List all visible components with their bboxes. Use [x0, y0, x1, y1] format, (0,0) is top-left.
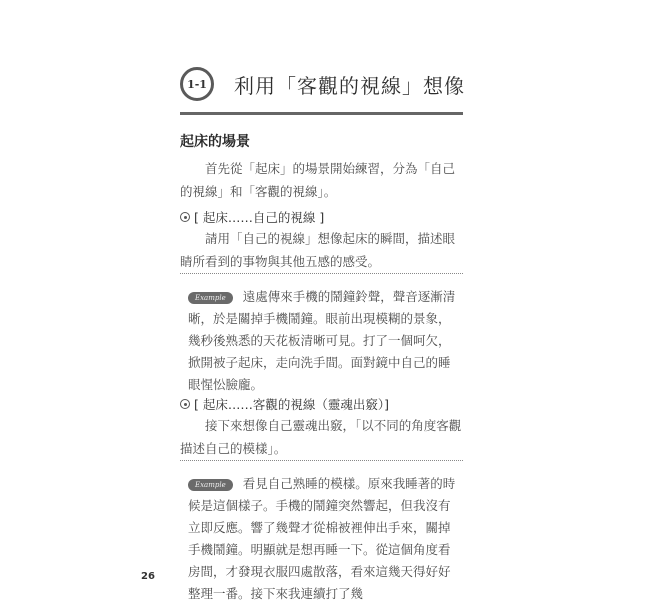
subsection-body-text: 接下來想像自己靈魂出竅，「以不同的角度客觀描述自己的模樣」。	[180, 418, 461, 456]
dotted-divider	[180, 460, 463, 461]
dotted-divider	[180, 273, 463, 274]
book-page: 1-1 利用「客觀的視線」想像 起床的場景 首先從「起床」的場景開始練習，分為「…	[0, 0, 655, 609]
target-icon	[180, 212, 190, 222]
example-badge: Example	[188, 479, 233, 491]
example-badge: Example	[188, 292, 233, 304]
subsection-body-1: 請用「自己的視線」想像起床的瞬間，描述眼睛所看到的事物與其他五感的感受。	[180, 227, 463, 273]
subsection-heading-text: [ 起床……客觀的視線（靈魂出竅）]	[194, 395, 389, 413]
subsection-heading-1: [ 起床……自己的視線 ]	[180, 208, 324, 226]
example-block-1: Example遠處傳來手機的鬧鐘鈴聲，聲音逐漸清晰，於是關掉手機鬧鐘。眼前出現模…	[188, 286, 458, 396]
chapter-heading: 1-1 利用「客觀的視線」想像	[180, 66, 465, 102]
subsection-body-text: 請用「自己的視線」想像起床的瞬間，描述眼睛所看到的事物與其他五感的感受。	[180, 231, 455, 269]
example-text: 遠處傳來手機的鬧鐘鈴聲，聲音逐漸清晰，於是關掉手機鬧鐘。眼前出現模糊的景象，幾秒…	[188, 289, 455, 392]
subsection-heading-text: [ 起床……自己的視線 ]	[194, 208, 324, 226]
example-block-2: Example看見自己熟睡的模樣。原來我睡著的時候是這個樣子。手機的鬧鐘突然響起…	[188, 473, 458, 605]
example-text: 看見自己熟睡的模樣。原來我睡著的時候是這個樣子。手機的鬧鐘突然響起，但我沒有立即…	[188, 476, 455, 601]
section-title: 起床的場景	[180, 131, 250, 151]
section-intro: 首先從「起床」的場景開始練習，分為「自己的視線」和「客觀的視線」。	[180, 157, 463, 203]
chapter-number-badge: 1-1	[180, 67, 214, 101]
subsection-body-2: 接下來想像自己靈魂出竅，「以不同的角度客觀描述自己的模樣」。	[180, 414, 463, 460]
target-icon	[180, 399, 190, 409]
subsection-heading-2: [ 起床……客觀的視線（靈魂出竅）]	[180, 395, 389, 413]
section-intro-text: 首先從「起床」的場景開始練習，分為「自己的視線」和「客觀的視線」。	[180, 161, 455, 199]
page-number: 26	[141, 571, 155, 582]
chapter-title: 利用「客觀的視線」想像	[234, 70, 465, 99]
chapter-divider	[180, 112, 463, 115]
